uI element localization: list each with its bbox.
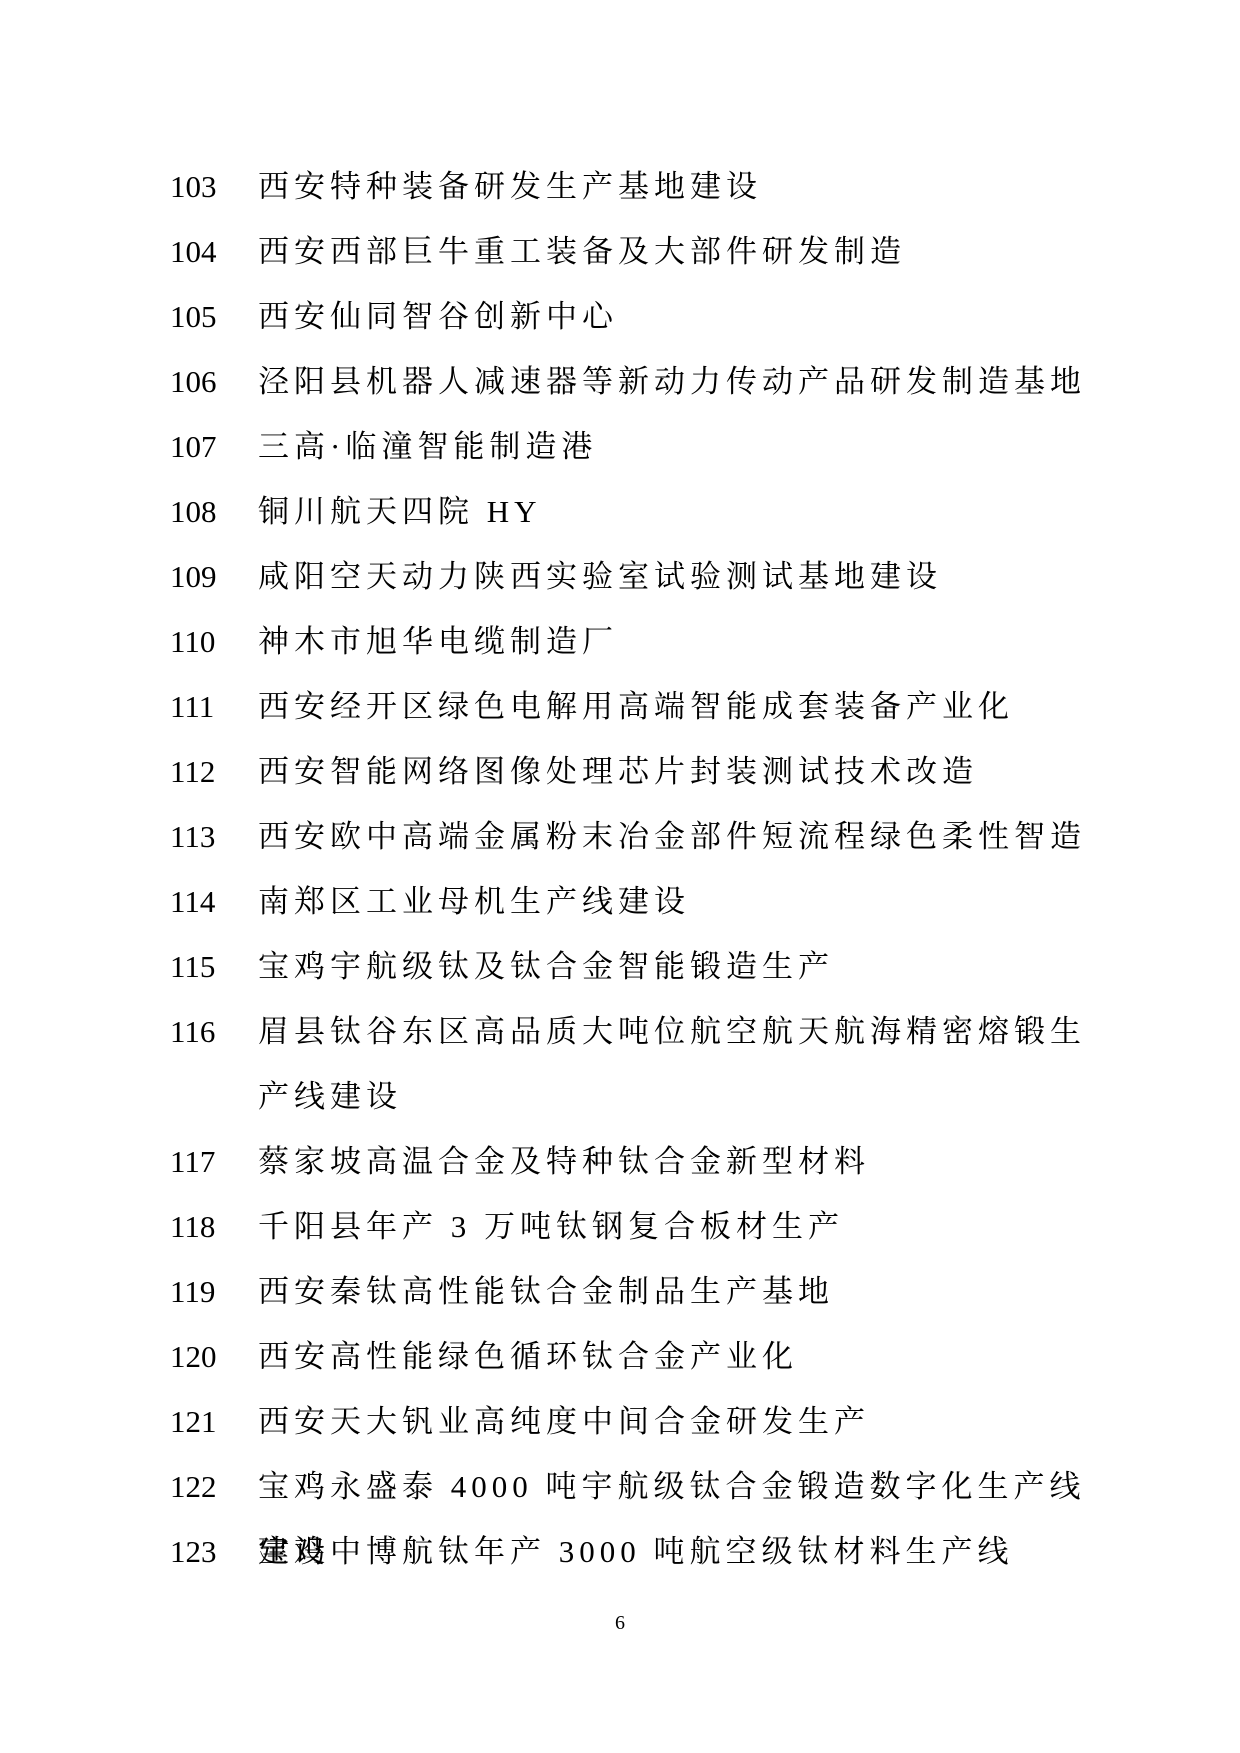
item-number: 113 xyxy=(170,804,258,869)
item-number: 104 xyxy=(170,219,258,284)
list-item: 122 宝鸡永盛泰 4000 吨宇航级钛合金锻造数字化生产线建设 xyxy=(170,1454,1110,1519)
item-text: 三高·临潼智能制造港 xyxy=(258,414,1110,479)
list-item: 104 西安西部巨牛重工装备及大部件研发制造 xyxy=(170,219,1110,284)
document-page: 103 西安特种装备研发生产基地建设 104 西安西部巨牛重工装备及大部件研发制… xyxy=(0,0,1240,1753)
item-text: 眉县钛谷东区高品质大吨位航空航天航海精密熔锻生产线建设 xyxy=(258,999,1110,1129)
item-text: 宝鸡宇航级钛及钛合金智能锻造生产 xyxy=(258,934,1110,999)
list-item: 106 泾阳县机器人减速器等新动力传动产品研发制造基地 xyxy=(170,349,1110,414)
item-text: 南郑区工业母机生产线建设 xyxy=(258,869,1110,934)
item-number: 110 xyxy=(170,609,258,674)
item-number: 114 xyxy=(170,869,258,934)
item-text: 西安秦钛高性能钛合金制品生产基地 xyxy=(258,1259,1110,1324)
item-number: 120 xyxy=(170,1324,258,1389)
item-text: 西安高性能绿色循环钛合金产业化 xyxy=(258,1324,1110,1389)
item-text: 西安欧中高端金属粉末冶金部件短流程绿色柔性智造 xyxy=(258,804,1110,869)
item-text: 西安天大钒业高纯度中间合金研发生产 xyxy=(258,1389,1110,1454)
list-item: 109 咸阳空天动力陕西实验室试验测试基地建设 xyxy=(170,544,1110,609)
item-number: 112 xyxy=(170,739,258,804)
item-text: 西安经开区绿色电解用高端智能成套装备产业化 xyxy=(258,674,1110,739)
item-text: 泾阳县机器人减速器等新动力传动产品研发制造基地 xyxy=(258,349,1110,414)
item-number: 111 xyxy=(170,674,258,739)
item-text: 西安智能网络图像处理芯片封装测试技术改造 xyxy=(258,739,1110,804)
list-item: 120 西安高性能绿色循环钛合金产业化 xyxy=(170,1324,1110,1389)
list-item: 108 铜川航天四院 HY xyxy=(170,479,1110,544)
item-text: 宝鸡中博航钛年产 3000 吨航空级钛材料生产线 xyxy=(258,1519,1110,1584)
item-number: 115 xyxy=(170,934,258,999)
list-item: 105 西安仙同智谷创新中心 xyxy=(170,284,1110,349)
list-item: 123 宝鸡中博航钛年产 3000 吨航空级钛材料生产线 xyxy=(170,1519,1110,1584)
item-number: 122 xyxy=(170,1454,258,1519)
item-text: 神木市旭华电缆制造厂 xyxy=(258,609,1110,674)
list-item: 111 西安经开区绿色电解用高端智能成套装备产业化 xyxy=(170,674,1110,739)
list-item: 116 眉县钛谷东区高品质大吨位航空航天航海精密熔锻生产线建设 xyxy=(170,999,1110,1129)
item-text: 千阳县年产 3 万吨钛钢复合板材生产 xyxy=(258,1194,1110,1259)
list-item: 112 西安智能网络图像处理芯片封装测试技术改造 xyxy=(170,739,1110,804)
item-text: 铜川航天四院 HY xyxy=(258,479,1110,544)
item-text: 西安西部巨牛重工装备及大部件研发制造 xyxy=(258,219,1110,284)
item-number: 105 xyxy=(170,284,258,349)
list-item: 103 西安特种装备研发生产基地建设 xyxy=(170,154,1110,219)
page-number: 6 xyxy=(0,1612,1240,1635)
item-text: 西安特种装备研发生产基地建设 xyxy=(258,154,1110,219)
list-item: 119 西安秦钛高性能钛合金制品生产基地 xyxy=(170,1259,1110,1324)
item-number: 121 xyxy=(170,1389,258,1454)
item-number: 119 xyxy=(170,1259,258,1324)
list-item: 115 宝鸡宇航级钛及钛合金智能锻造生产 xyxy=(170,934,1110,999)
item-number: 108 xyxy=(170,479,258,544)
item-number: 116 xyxy=(170,999,258,1064)
item-text: 咸阳空天动力陕西实验室试验测试基地建设 xyxy=(258,544,1110,609)
item-number: 123 xyxy=(170,1519,258,1584)
list-item: 110 神木市旭华电缆制造厂 xyxy=(170,609,1110,674)
list-item: 113 西安欧中高端金属粉末冶金部件短流程绿色柔性智造 xyxy=(170,804,1110,869)
item-text: 西安仙同智谷创新中心 xyxy=(258,284,1110,349)
item-number: 109 xyxy=(170,544,258,609)
item-text: 蔡家坡高温合金及特种钛合金新型材料 xyxy=(258,1129,1110,1194)
project-list: 103 西安特种装备研发生产基地建设 104 西安西部巨牛重工装备及大部件研发制… xyxy=(170,154,1110,1584)
item-number: 106 xyxy=(170,349,258,414)
item-number: 118 xyxy=(170,1194,258,1259)
item-number: 103 xyxy=(170,154,258,219)
list-item: 118 千阳县年产 3 万吨钛钢复合板材生产 xyxy=(170,1194,1110,1259)
item-number: 107 xyxy=(170,414,258,479)
list-item: 114 南郑区工业母机生产线建设 xyxy=(170,869,1110,934)
list-item: 121 西安天大钒业高纯度中间合金研发生产 xyxy=(170,1389,1110,1454)
list-item: 107 三高·临潼智能制造港 xyxy=(170,414,1110,479)
item-number: 117 xyxy=(170,1129,258,1194)
list-item: 117 蔡家坡高温合金及特种钛合金新型材料 xyxy=(170,1129,1110,1194)
